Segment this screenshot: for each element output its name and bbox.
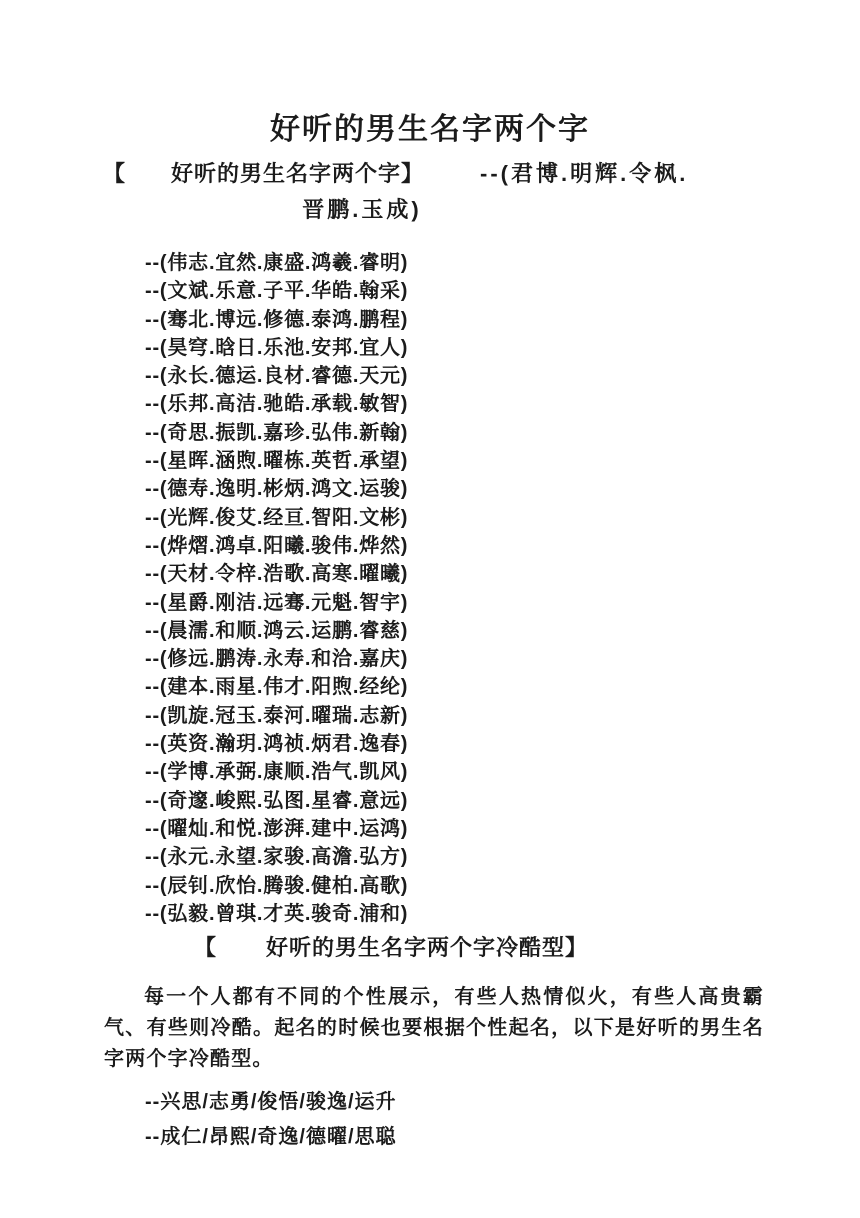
name-list-row: --(天材.令梓.浩歌.高寒.曜曦): [145, 560, 860, 588]
name-list-row: --(伟志.宜然.康盛.鸿羲.睿明): [145, 249, 860, 277]
name-list-row: --(奇思.振凯.嘉珍.弘伟.新翰): [145, 419, 860, 447]
name-list-row: --(永长.德运.良材.睿德.天元): [145, 362, 860, 390]
name-list-row: --(星晖.涵煦.曜栋.英哲.承望): [145, 447, 860, 475]
section2-heading: 好听的男生名字两个字冷酷型】: [266, 931, 588, 962]
section2-intro-paragraph: 每一个人都有不同的个性展示，有些人热情似火，有些人高贵霸气、有些则冷酷。起名的时…: [104, 982, 764, 1075]
subtitle-names-part1: --(君博.明辉.令枫.: [480, 157, 688, 188]
name-list: --(伟志.宜然.康盛.鸿羲.睿明)--(文斌.乐意.子平.华皓.翰采)--(骞…: [145, 249, 860, 928]
subtitle-names-part2: 晋鹏.玉成): [0, 193, 724, 224]
name-list-row: --(英资.瀚玥.鸿祯.炳君.逸春): [145, 730, 860, 758]
name-list-row: --(奇邃.峻熙.弘图.星睿.意远): [145, 787, 860, 815]
cool-name-row: --兴思/志勇/俊悟/骏逸/运升: [145, 1085, 860, 1120]
name-list-row: --(曜灿.和悦.澎湃.建中.运鸿): [145, 815, 860, 843]
document-page: 好听的男生名字两个字 【 好听的男生名字两个字】 --(君博.明辉.令枫. 晋鹏…: [0, 0, 860, 1218]
name-list-row: --(乐邦.高洁.驰皓.承载.敏智): [145, 390, 860, 418]
page-title: 好听的男生名字两个字: [0, 0, 860, 148]
name-list-row: --(凯旋.冠玉.泰河.曜瑞.志新): [145, 702, 860, 730]
name-list-row: --(昊穹.晗日.乐池.安邦.宜人): [145, 334, 860, 362]
section2-header: 【 好听的男生名字两个字冷酷型】: [0, 931, 860, 962]
cool-name-list: --兴思/志勇/俊悟/骏逸/运升--成仁/昂熙/奇逸/德曜/思聪: [145, 1085, 860, 1154]
name-list-row: --(建本.雨星.伟才.阳煦.经纶): [145, 673, 860, 701]
name-list-row: --(辰钊.欣怡.腾骏.健柏.高歌): [145, 872, 860, 900]
name-list-row: --(晨濡.和顺.鸿云.运鹏.睿慈): [145, 617, 860, 645]
name-list-row: --(光辉.俊艾.经亘.智阳.文彬): [145, 504, 860, 532]
cool-name-row: --成仁/昂熙/奇逸/德曜/思聪: [145, 1120, 860, 1155]
subtitle-line-1: 【 好听的男生名字两个字】 --(君博.明辉.令枫.: [0, 157, 860, 188]
section2-open-bracket: 【: [194, 931, 216, 962]
name-list-row: --(骞北.博远.修德.泰鸿.鹏程): [145, 306, 860, 334]
name-list-row: --(德寿.逸明.彬炳.鸿文.运骏): [145, 475, 860, 503]
name-list-row: --(弘毅.曾琪.才英.骏奇.浦和): [145, 900, 860, 928]
subtitle-open-bracket: 【: [103, 157, 125, 188]
subtitle-heading: 好听的男生名字两个字】: [171, 157, 424, 188]
name-list-row: --(修远.鹏涛.永寿.和洽.嘉庆): [145, 645, 860, 673]
name-list-row: --(文斌.乐意.子平.华皓.翰采): [145, 277, 860, 305]
name-list-row: --(星爵.刚洁.远骞.元魁.智宇): [145, 589, 860, 617]
name-list-row: --(烨熠.鸿卓.阳曦.骏伟.烨然): [145, 532, 860, 560]
name-list-row: --(永元.永望.家骏.高澹.弘方): [145, 843, 860, 871]
name-list-row: --(学博.承弼.康顺.浩气.凯风): [145, 758, 860, 786]
